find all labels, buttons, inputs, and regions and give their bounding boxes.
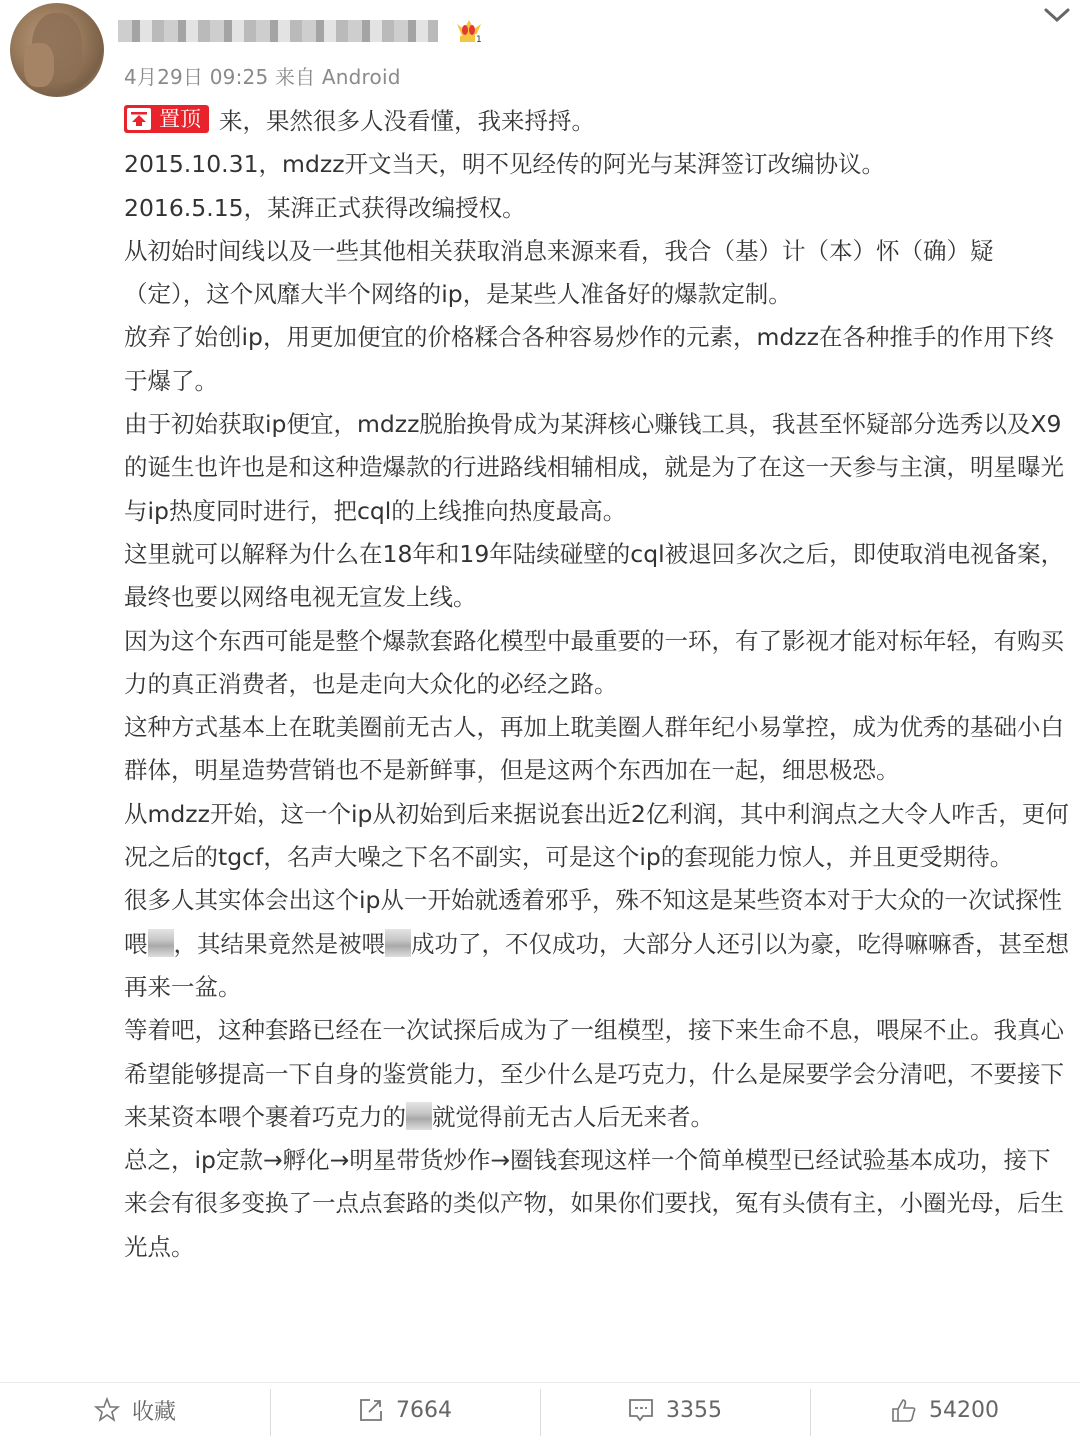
- pinned-label: 置顶: [159, 105, 201, 133]
- paragraph: 总之，ip定款→孵化→明星带货炒作→圈钱套现这样一个简单模型已经试验基本成功，接…: [124, 1139, 1074, 1269]
- crown-icon: 1: [454, 16, 484, 44]
- share-icon: [358, 1397, 384, 1423]
- source-device[interactable]: Android: [322, 65, 401, 89]
- paragraph: 因为这个东西可能是整个爆款套路化模型中最重要的一环，有了影视才能对标年轻，有购买…: [124, 620, 1074, 707]
- chevron-down-icon[interactable]: [1040, 4, 1074, 26]
- paragraph: 由于初始获取ip便宜，mdzz脱胎换骨成为某湃核心赚钱工具，我甚至怀疑部分选秀以…: [124, 403, 1074, 533]
- star-icon: [94, 1397, 120, 1423]
- comment-count: 3355: [666, 1398, 722, 1423]
- paragraph: 2015.10.31，mdzz开文当天，明不见经传的阿光与某湃签订改编协议。: [124, 143, 1074, 186]
- pin-top-icon: [127, 108, 151, 130]
- paragraph: 置顶 来，果然很多人没看懂，我来捋捋。: [124, 100, 1074, 143]
- censor-mosaic: [406, 1102, 432, 1130]
- like-button[interactable]: 54200: [810, 1383, 1080, 1436]
- paragraph-text: 就觉得前无古人后无来者。: [432, 1103, 714, 1131]
- favorite-label: 收藏: [132, 1395, 176, 1426]
- action-bar: 收藏 7664 3355 54200: [0, 1382, 1080, 1436]
- paragraph-text: 来，果然很多人没看懂，我来捋捋。: [219, 107, 595, 135]
- repost-button[interactable]: 7664: [270, 1383, 540, 1436]
- comment-button[interactable]: 3355: [540, 1383, 810, 1436]
- paragraph: 2016.5.15，某湃正式获得改编授权。: [124, 187, 1074, 230]
- paragraph: 等着吧，这种套路已经在一次试探后成为了一组模型，接下来生命不息，喂屎不止。我真心…: [124, 1009, 1074, 1139]
- pinned-badge: 置顶: [124, 105, 209, 133]
- avatar-image-part: [24, 43, 54, 87]
- thumbs-up-icon: [891, 1397, 917, 1423]
- like-count: 54200: [929, 1398, 999, 1423]
- timestamp: 4月29日 09:25: [124, 65, 268, 89]
- paragraph: 从mdzz开始，这一个ip从初始到后来据说套出近2亿利润，其中利润点之大令人咋舌…: [124, 793, 1074, 880]
- paragraph: 从初始时间线以及一些其他相关获取消息来源来看，我合（基）计（本）怀（确）疑（定）…: [124, 230, 1074, 317]
- censor-mosaic: [385, 929, 411, 957]
- favorite-button[interactable]: 收藏: [0, 1383, 270, 1436]
- paragraph-text: ，其结果竟然是被喂: [174, 930, 386, 958]
- censor-mosaic: [148, 929, 174, 957]
- comment-icon: [628, 1397, 654, 1423]
- source-prefix: 来自: [275, 65, 315, 89]
- username-pixelated[interactable]: [118, 20, 438, 42]
- post-meta: 4月29日 09:25 来自 Android: [124, 61, 401, 90]
- paragraph: 很多人其实体会出这个ip从一开始就透着邪乎，殊不知这是某些资本对于大众的一次试探…: [124, 879, 1074, 1009]
- post-body: 置顶 来，果然很多人没看懂，我来捋捋。 2015.10.31，mdzz开文当天，…: [124, 100, 1074, 1269]
- avatar[interactable]: [10, 3, 104, 97]
- svg-text:1: 1: [476, 35, 482, 44]
- paragraph: 放弃了始创ip，用更加便宜的价格糅合各种容易炒作的元素，mdzz在各种推手的作用…: [124, 316, 1074, 403]
- paragraph: 这里就可以解释为什么在18年和19年陆续碰壁的cql被退回多次之后，即使取消电视…: [124, 533, 1074, 620]
- repost-count: 7664: [396, 1398, 452, 1423]
- paragraph: 这种方式基本上在耽美圈前无古人，再加上耽美圈人群年纪小易掌控，成为优秀的基础小白…: [124, 706, 1074, 793]
